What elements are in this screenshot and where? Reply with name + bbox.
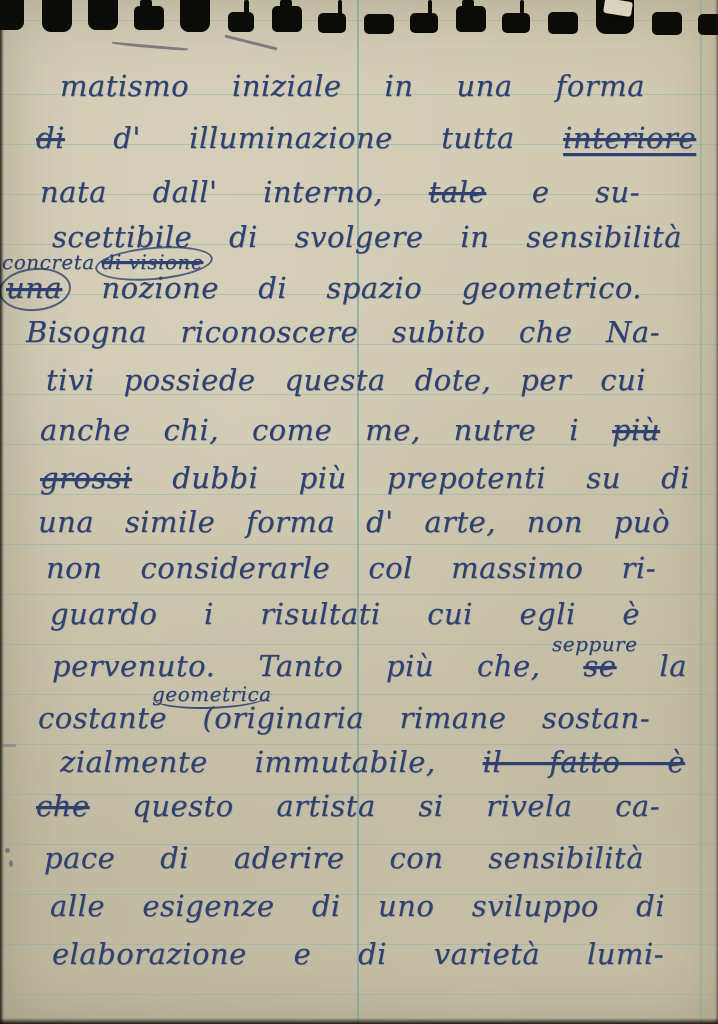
perforation-hole (364, 14, 394, 34)
struck-word: una (6, 271, 62, 305)
pencil-dot (2, 744, 16, 747)
manuscript-line-19: elaborazione e di varietà lumi- (52, 938, 664, 971)
manuscript-text: questo artista si rivela ca- (132, 789, 660, 823)
manuscript-line-14: costante (originaria rimane sostan- (38, 702, 650, 735)
perforation-stem (244, 0, 249, 14)
manuscript-text: pervenuto. Tanto più che, (52, 649, 540, 683)
perforation-hole (228, 12, 254, 32)
manuscript-line-6: Bisogna riconoscere subito che Na- (26, 316, 660, 349)
manuscript-text: e su- (532, 175, 640, 209)
manuscript-text: d' illuminazione tutta (113, 121, 514, 155)
manuscript-text: costante (originaria rimane sostan- (38, 701, 650, 735)
perforation-hole (42, 0, 72, 32)
manuscript-line-7: tivi possiede questa dote, per cui (46, 364, 646, 397)
manuscript-line-2: di d' illuminazione tutta interiore (36, 122, 696, 155)
manuscript-line-1: matismo iniziale in una forma (60, 70, 645, 103)
struck-word: che (36, 789, 90, 823)
manuscript-text: tivi possiede questa dote, per cui (46, 363, 646, 397)
manuscript-text: nozione di spazio geometrico. (101, 271, 642, 305)
struck-word: tale (429, 175, 486, 209)
manuscript-text: dubbi più prepotenti su di (172, 461, 690, 495)
manuscript-text: una simile forma d' arte, non può (38, 505, 670, 539)
page-edge-left (0, 0, 4, 1024)
struck-word: grossi (40, 461, 132, 495)
manuscript-text: non considerarle col massimo ri- (46, 551, 656, 585)
manuscript-text: guardo i risultati cui egli è (50, 597, 640, 631)
manuscript-line-18: alle esigenze di uno sviluppo di (50, 890, 665, 923)
struck-word: più (612, 413, 660, 447)
perforation-hole (180, 0, 210, 32)
perforation-stem (520, 0, 524, 14)
manuscript-line-15: zialmente immutabile, il fatto è (60, 746, 685, 779)
perforation-stem (462, 0, 474, 8)
manuscript-line-9: grossi dubbi più prepotenti su di (40, 462, 690, 495)
notebook-page-photo: matismo iniziale in una forma di d' illu… (0, 0, 718, 1024)
page-edge-bottom (0, 1018, 718, 1024)
perforation-hole (88, 0, 118, 30)
manuscript-line-12: guardo i risultati cui egli è (50, 598, 640, 631)
struck-word: interiore (563, 121, 696, 155)
manuscript-line-3: nata dall' interno, tale e su- (40, 176, 640, 209)
perforation-stem (140, 0, 152, 9)
perforation-hole (134, 6, 164, 30)
perforation-stem (280, 0, 292, 9)
perforation-hole (410, 13, 438, 33)
manuscript-line-16: che questo artista si rivela ca- (36, 790, 660, 823)
manuscript-text: anche chi, come me, nutre i (40, 413, 579, 447)
manuscript-line-17: pace di aderire con sensibilità (44, 842, 644, 875)
right-margin-line (700, 0, 702, 1024)
struck-phrase: il fatto è (483, 745, 685, 779)
perforation-hole (548, 12, 578, 34)
manuscript-text: alle esigenze di uno sviluppo di (50, 889, 665, 923)
struck-word: di (36, 121, 65, 155)
manuscript-line-10: una simile forma d' arte, non può (38, 506, 670, 539)
perforation-hole (456, 6, 486, 32)
perforation-hole (272, 6, 302, 32)
perforation-stem (338, 0, 342, 15)
perforation-hole (652, 12, 682, 35)
manuscript-text: matismo iniziale in una forma (60, 69, 645, 103)
manuscript-line-8: anche chi, come me, nutre i più (40, 414, 660, 447)
perforation-hole (318, 13, 346, 33)
manuscript-text: nata dall' interno, (40, 175, 383, 209)
manuscript-line-13: pervenuto. Tanto più che, se la (52, 650, 687, 683)
pencil-dot (5, 848, 10, 853)
manuscript-line-11: non considerarle col massimo ri- (46, 552, 656, 585)
manuscript-text: Bisogna riconoscere subito che Na- (26, 315, 660, 349)
pencil-dot (9, 860, 13, 867)
struck-word: se (583, 649, 616, 683)
manuscript-text: la (659, 649, 687, 683)
manuscript-line-5: una nozione di spazio geometrico. (6, 272, 642, 305)
perforation-stem (428, 0, 432, 14)
manuscript-text: zialmente immutabile, (60, 745, 436, 779)
manuscript-text: elaborazione e di varietà lumi- (52, 937, 664, 971)
perforation-hole (502, 13, 530, 33)
manuscript-text: pace di aderire con sensibilità (44, 841, 644, 875)
